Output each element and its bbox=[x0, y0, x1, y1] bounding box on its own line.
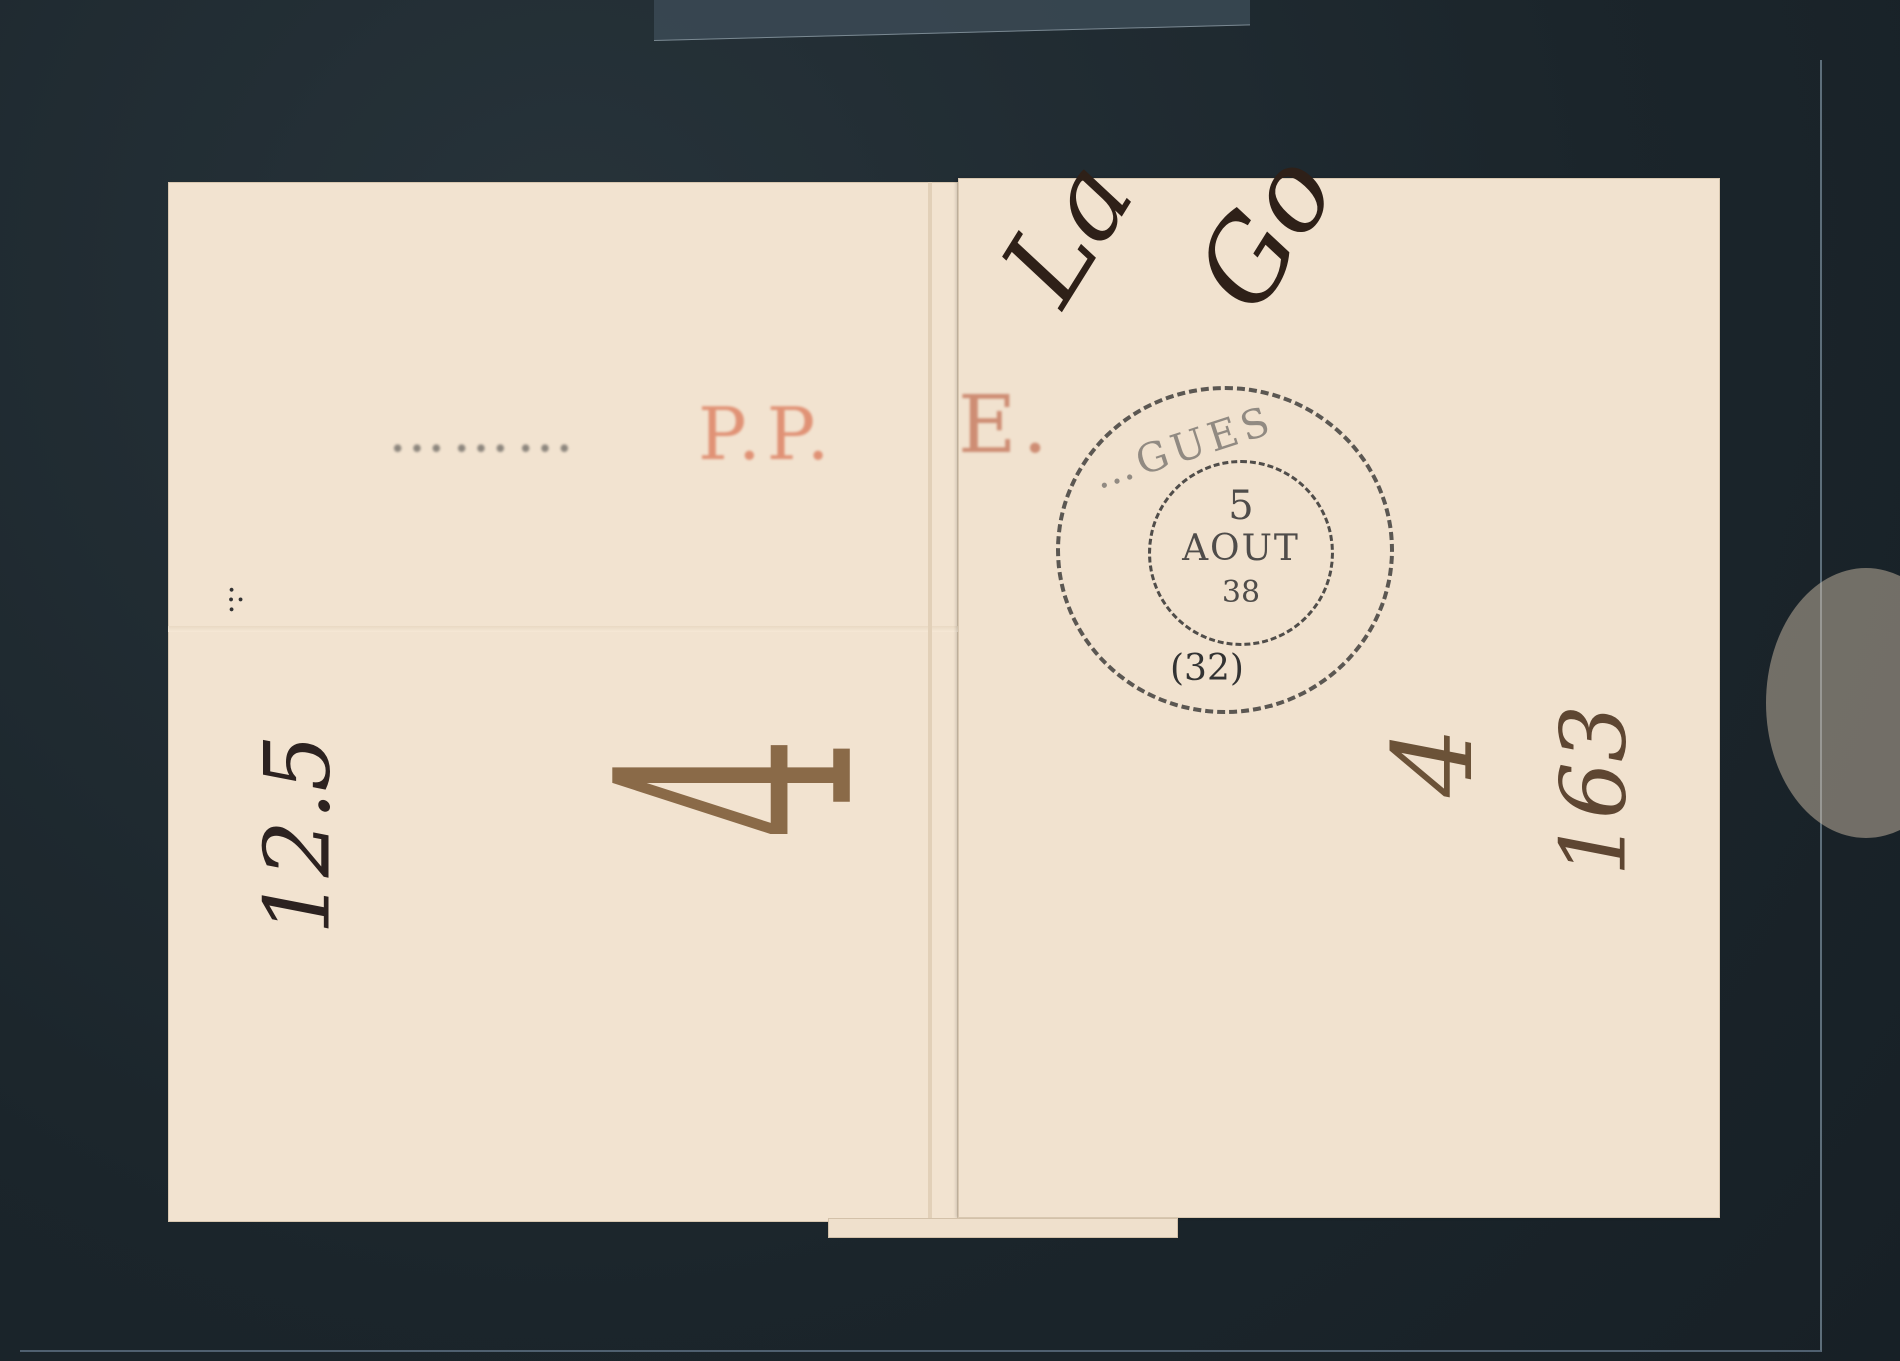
postmark-office-number: (32) bbox=[1170, 648, 1244, 689]
horizontal-fold bbox=[168, 626, 958, 632]
postmark-year: 38 bbox=[1151, 575, 1331, 610]
postmark-inner-ring: 5 AOUT 38 bbox=[1148, 460, 1334, 646]
album-mount-background: ……… P.P. 12.5 ·:· 4 E. La Go …GUES 5 AOU… bbox=[0, 0, 1900, 1361]
manuscript-large-numeral: 4 bbox=[554, 737, 926, 839]
cover-right-panel: E. bbox=[958, 178, 1720, 1218]
manuscript-accountancy-mark: 4 bbox=[1369, 727, 1497, 797]
black-handstamp: ……… bbox=[388, 397, 580, 465]
manuscript-rate: 12.5 bbox=[246, 734, 351, 934]
letter-cover: ……… P.P. 12.5 ·:· 4 E. La Go …GUES 5 AOU… bbox=[168, 178, 1720, 1222]
vertical-fold bbox=[928, 182, 932, 1222]
red-handstamp-2: E. bbox=[958, 378, 1054, 471]
cover-left-panel: ……… P.P. 12.5 ·:· 4 bbox=[168, 182, 958, 1222]
manuscript-side-marks: ·:· bbox=[215, 585, 250, 614]
postmark-month: AOUT bbox=[1151, 528, 1331, 569]
red-handstamp: P.P. bbox=[698, 392, 835, 476]
manuscript-number: 163 bbox=[1541, 705, 1646, 877]
bottom-flap bbox=[828, 1218, 1178, 1238]
circular-datestamp: …GUES 5 AOUT 38 (32) bbox=[1056, 386, 1394, 714]
sleeve-top-tab bbox=[654, 0, 1250, 41]
postmark-day: 5 bbox=[1151, 483, 1331, 529]
